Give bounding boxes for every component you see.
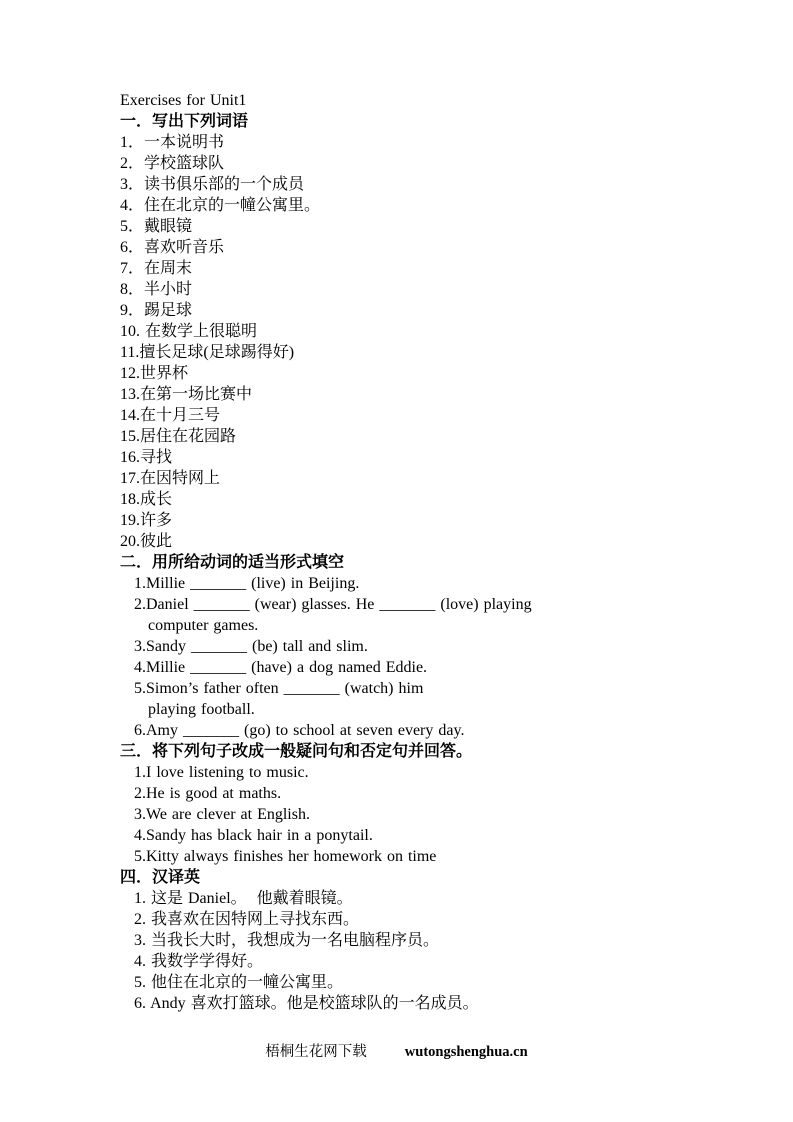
- footer-site-url: wutongshenghua.cn: [405, 1044, 528, 1060]
- exercise-item: 2. 我喜欢在因特网上寻找东西。: [134, 909, 710, 930]
- exercise-item: 1. 这是 Daniel。 他戴着眼镜。: [134, 888, 710, 909]
- exercise-item: 3.We are clever at English.: [134, 804, 710, 825]
- section-heading: 三．将下列句子改成一般疑问句和否定句并回答。: [120, 741, 710, 762]
- exercise-item: 5. 他住在北京的一幢公寓里。: [134, 972, 710, 993]
- sections-container: 一．写出下列词语1．一本说明书2．学校篮球队3．读书俱乐部的一个成员4．住在北京…: [120, 111, 710, 1014]
- exercise-item: 10. 在数学上很聪明: [120, 321, 710, 342]
- exercise-item: 1．一本说明书: [120, 132, 710, 153]
- section-heading: 四．汉译英: [120, 867, 710, 888]
- exercise-item: 5.Simon’s father often _______ (watch) h…: [134, 678, 710, 699]
- item-continuation-line: computer games.: [148, 615, 710, 636]
- exercise-item: 3. 当我长大时，我想成为一名电脑程序员。: [134, 930, 710, 951]
- exercise-item: 5．戴眼镜: [120, 216, 710, 237]
- exercise-item: 4.Sandy has black hair in a ponytail.: [134, 825, 710, 846]
- exercise-item: 6.Amy _______ (go) to school at seven ev…: [134, 720, 710, 741]
- exercise-item: 14.在十月三号: [120, 405, 710, 426]
- exercise-item: 20.彼此: [120, 531, 710, 552]
- exercise-item: 4. 我数学学得好。: [134, 951, 710, 972]
- page-footer: 梧桐生花网下载wutongshenghua.cn: [0, 1040, 793, 1061]
- worksheet-content: Exercises for Unit1 一．写出下列词语1．一本说明书2．学校篮…: [120, 90, 710, 1014]
- exercise-item: 6. Andy 喜欢打篮球。他是校篮球队的一名成员。: [134, 993, 710, 1014]
- exercise-item: 1.Millie _______ (live) in Beijing.: [134, 573, 710, 594]
- exercise-item: 12.世界杯: [120, 363, 710, 384]
- exercise-item: 13.在第一场比赛中: [120, 384, 710, 405]
- exercise-item: 16.寻找: [120, 447, 710, 468]
- exercise-item: 19.许多: [120, 510, 710, 531]
- exercise-item: 18.成长: [120, 489, 710, 510]
- exercise-item: 1.I love listening to music.: [134, 762, 710, 783]
- item-continuation-line: playing football.: [148, 699, 710, 720]
- exercise-item: 9．踢足球: [120, 300, 710, 321]
- exercise-item: 2.Daniel _______ (wear) glasses. He ____…: [134, 594, 710, 615]
- exercise-item: 7．在周末: [120, 258, 710, 279]
- worksheet-page: Exercises for Unit1 一．写出下列词语1．一本说明书2．学校篮…: [0, 0, 793, 1122]
- exercise-item: 3.Sandy _______ (be) tall and slim.: [134, 636, 710, 657]
- footer-site-name: 梧桐生花网下载: [265, 1044, 367, 1060]
- exercise-item: 17.在因特网上: [120, 468, 710, 489]
- exercise-item: 11.擅长足球(足球踢得好): [120, 342, 710, 363]
- exercise-item: 5.Kitty always finishes her homework on …: [134, 846, 710, 867]
- exercise-item: 2．学校篮球队: [120, 153, 710, 174]
- document-title: Exercises for Unit1: [120, 90, 710, 111]
- section-heading: 二．用所给动词的适当形式填空: [120, 552, 710, 573]
- exercise-item: 15.居住在花园路: [120, 426, 710, 447]
- exercise-item: 4．住在北京的一幢公寓里。: [120, 195, 710, 216]
- section-heading: 一．写出下列词语: [120, 111, 710, 132]
- exercise-item: 8．半小时: [120, 279, 710, 300]
- exercise-item: 4.Millie _______ (have) a dog named Eddi…: [134, 657, 710, 678]
- exercise-item: 6．喜欢听音乐: [120, 237, 710, 258]
- exercise-item: 2.He is good at maths.: [134, 783, 710, 804]
- exercise-item: 3．读书俱乐部的一个成员: [120, 174, 710, 195]
